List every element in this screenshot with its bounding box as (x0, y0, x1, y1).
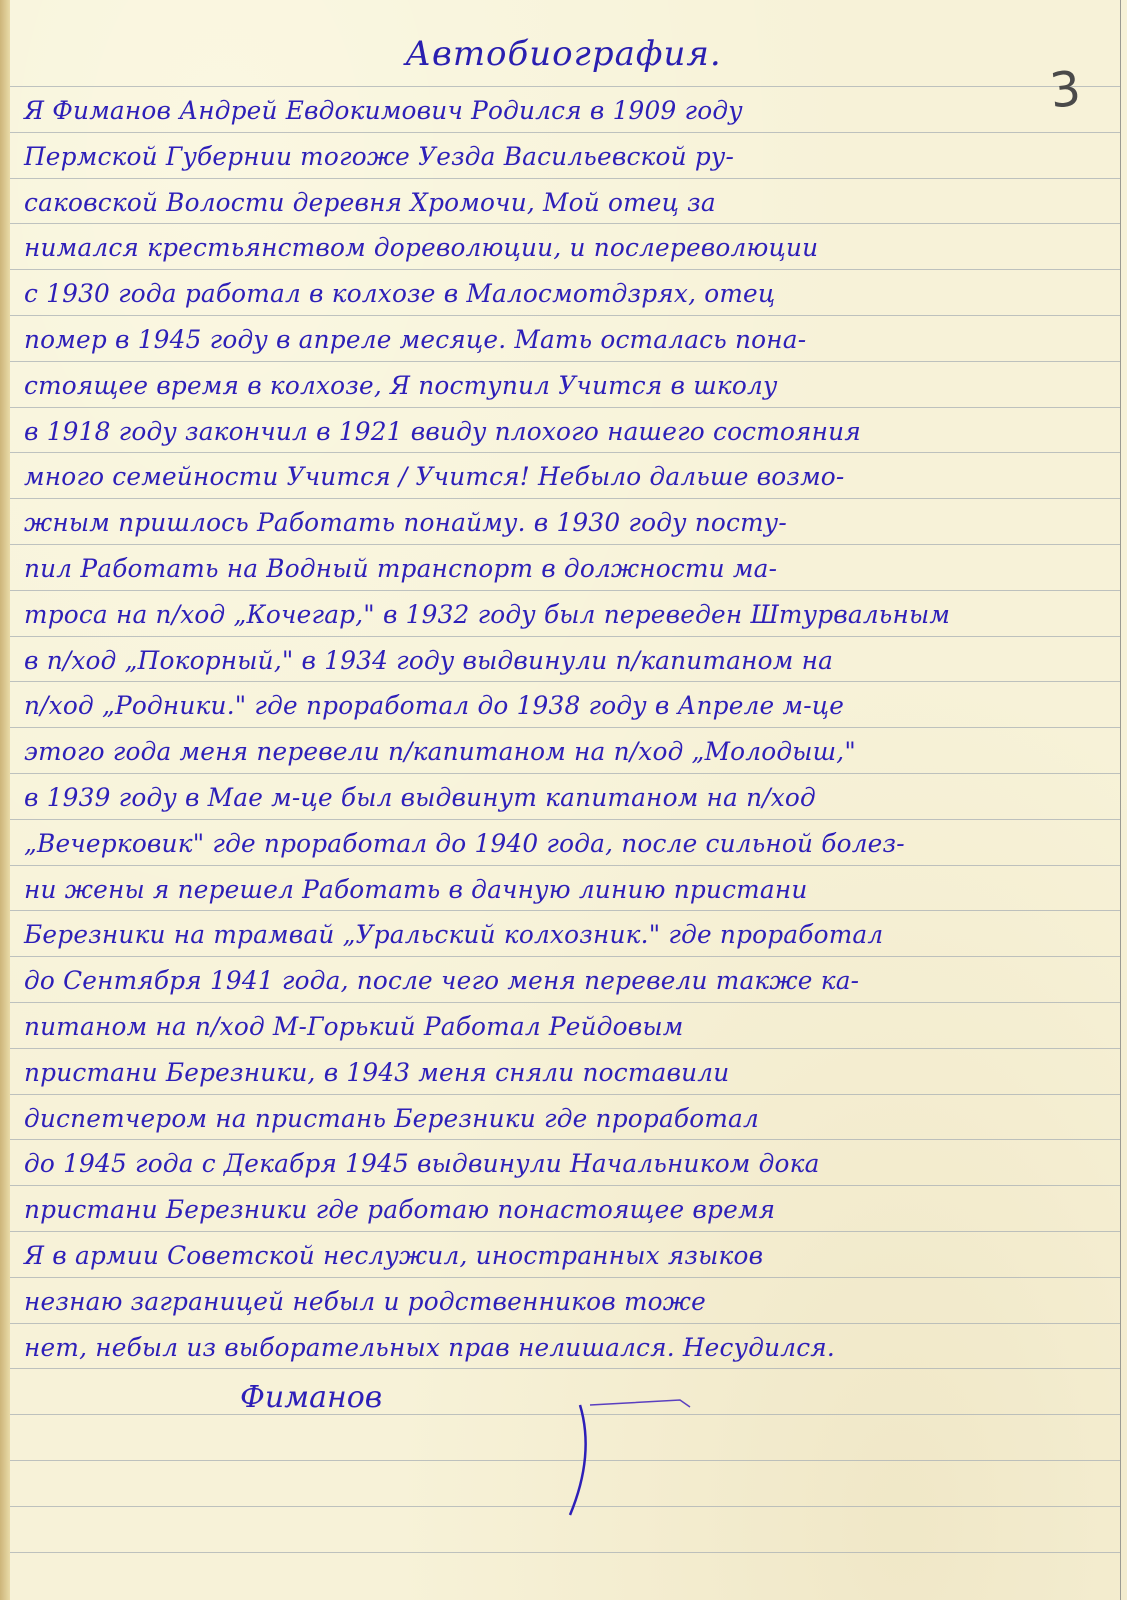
ruled-line (10, 1552, 1120, 1553)
handwritten-line: до 1945 года с Декабря 1945 выдвинули На… (24, 1149, 1104, 1178)
handwritten-line: много семейности Учится / Учится! Небыло… (24, 462, 1104, 491)
signature-flourish-icon (560, 1395, 720, 1535)
ruled-line (10, 636, 1120, 637)
ruled-line (10, 1094, 1120, 1095)
handwritten-line: ни жены я перешел Работать в дачную лини… (24, 875, 1104, 904)
handwritten-line: саковской Волости деревня Хромочи, Мой о… (24, 188, 1104, 217)
signature: Фиманов (240, 1380, 382, 1415)
handwritten-line: с 1930 года работал в колхозе в Малосмот… (24, 279, 1104, 308)
ruled-line (10, 178, 1120, 179)
ruled-line (10, 86, 1120, 87)
ruled-line (10, 269, 1120, 270)
signature-text: Фиманов (240, 1380, 382, 1415)
handwritten-line: Я Фиманов Андрей Евдокимович Родился в 1… (24, 96, 1104, 125)
handwritten-line: нет, небыл из выборательных прав нелишал… (24, 1333, 1104, 1362)
handwritten-line: Березники на трамвай „Уральский колхозни… (24, 920, 1104, 949)
page-margin-line (1120, 0, 1121, 1600)
ruled-line (10, 1231, 1120, 1232)
handwritten-line: троса на п/ход „Кочегар," в 1932 году бы… (24, 600, 1104, 629)
handwritten-line: помер в 1945 году в апреле месяце. Мать … (24, 325, 1104, 354)
ruled-line (10, 727, 1120, 728)
handwritten-line: нимался крестьянством дореволюции, и пос… (24, 233, 1104, 262)
ruled-line (10, 498, 1120, 499)
handwritten-line: п/ход „Родники." где проработал до 1938 … (24, 691, 1104, 720)
handwritten-line: в п/ход „Покорный," в 1934 году выдвинул… (24, 646, 1104, 675)
document-title: Автобиография. (0, 34, 1127, 74)
ruled-line (10, 361, 1120, 362)
handwritten-line: незнаю заграницей небыл и родственников … (24, 1287, 1104, 1316)
handwritten-line: Пермской Губернии тогоже Уезда Васильевс… (24, 142, 1104, 171)
ruled-line (10, 1368, 1120, 1369)
ruled-line (10, 407, 1120, 408)
handwritten-line: в 1939 году в Мае м-це был выдвинут капи… (24, 783, 1104, 812)
ruled-line (10, 1185, 1120, 1186)
handwritten-line: пристани Березники где работаю понастоящ… (24, 1195, 1104, 1224)
ruled-line (10, 132, 1120, 133)
ruled-line (10, 590, 1120, 591)
handwritten-line: диспетчером на пристань Березники где пр… (24, 1104, 1104, 1133)
handwritten-line: питаном на п/ход М-Горький Работал Рейдо… (24, 1012, 1104, 1041)
ruled-line (10, 1048, 1120, 1049)
ruled-line (10, 1002, 1120, 1003)
handwritten-line: до Сентября 1941 года, после чего меня п… (24, 966, 1104, 995)
handwritten-line: этого года меня перевели п/капитаном на … (24, 737, 1104, 766)
handwritten-line: стоящее время в колхозе, Я поступил Учит… (24, 371, 1104, 400)
ruled-line (10, 956, 1120, 957)
handwritten-line: в 1918 году закончил в 1921 ввиду плохог… (24, 417, 1104, 446)
ruled-line (10, 681, 1120, 682)
handwritten-line: пил Работать на Водный транспорт в должн… (24, 554, 1104, 583)
ruled-line (10, 910, 1120, 911)
handwritten-line: „Вечерковик" где проработал до 1940 года… (24, 829, 1104, 858)
ruled-line (10, 315, 1120, 316)
ruled-line (10, 865, 1120, 866)
handwritten-line: пристани Березники, в 1943 меня сняли по… (24, 1058, 1104, 1087)
page-binding-edge (0, 0, 10, 1600)
ruled-line (10, 544, 1120, 545)
ruled-line (10, 452, 1120, 453)
ruled-line (10, 819, 1120, 820)
ruled-line (10, 1277, 1120, 1278)
ruled-line (10, 773, 1120, 774)
document-page: Автобиография. 3 Я Фиманов Андрей Евдоки… (0, 0, 1127, 1600)
handwritten-line: Я в армии Советской неслужил, иностранны… (24, 1241, 1104, 1270)
ruled-line (10, 1323, 1120, 1324)
ruled-line (10, 1139, 1120, 1140)
ruled-line (10, 223, 1120, 224)
handwritten-line: жным пришлось Работать понайму. в 1930 г… (24, 508, 1104, 537)
